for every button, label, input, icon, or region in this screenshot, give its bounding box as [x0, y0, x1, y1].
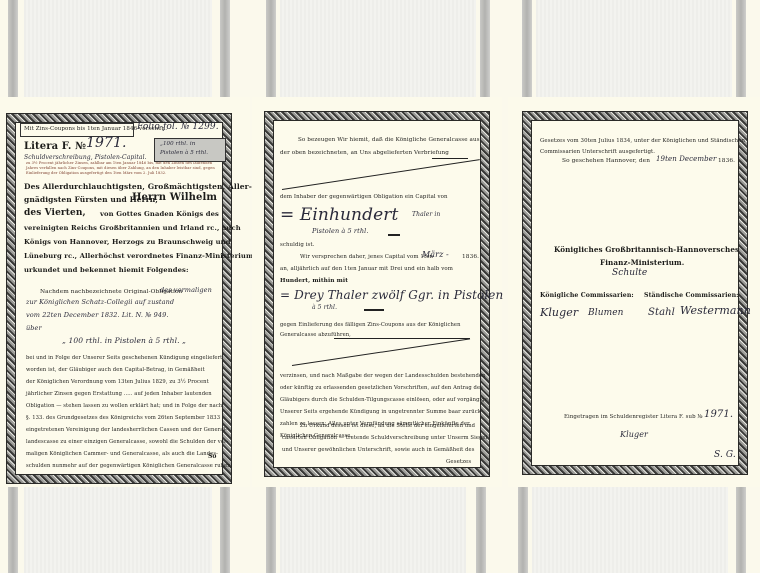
stripe [480, 0, 490, 98]
place-date-hand: 19ten December [656, 155, 716, 163]
coupon-line: gegen Einlieferung des fälligen Zins-Cou… [280, 321, 461, 329]
body-line: jährlicher Zinsen gegen Erstattung .....… [26, 388, 212, 400]
body-amount: „ 100 rthl. in Pistolen à 5 rthl. „ [62, 335, 186, 347]
capital-handwritten: = Einhundert [280, 205, 398, 225]
interest-handwritten: = Drey Thaler zwölf Ggr. in Pistolen [280, 287, 503, 303]
ministry-title: Königliches Großbritannisch-Hannoversche… [554, 244, 739, 256]
body-line: Gläubigers durch die Schulden-Tilgungsca… [280, 396, 490, 404]
fill-line [388, 234, 400, 236]
stripe [8, 0, 18, 98]
body-hand: über [26, 324, 42, 332]
preamble-line: vereinigten Reichs Großbritannien und Ir… [24, 222, 241, 234]
stripe [220, 486, 230, 573]
body-line: worden ist, der Gläubiger auch den Capit… [26, 364, 205, 376]
stripe [476, 486, 486, 573]
fill-line [334, 338, 470, 339]
background-bottom [0, 486, 760, 573]
body-line: schulden nunmehr auf der gegenwärtigen K… [26, 460, 233, 472]
body-line: §. 133. des Grundgesetzes des Königreich… [26, 412, 220, 424]
stripe [536, 0, 732, 98]
law-line: Commissarien Unterschrift ausgefertigt. [540, 148, 655, 156]
text-line: So bezeugen Wir hiemit, daß die Königlic… [298, 136, 480, 144]
stripe [8, 486, 18, 573]
fill-line [432, 158, 468, 159]
folio-handwritten: Folio-fol. № 1299. [137, 121, 219, 133]
place-date-prefix: So geschehen Hannover, den [562, 157, 650, 165]
stripe [280, 486, 466, 573]
preamble-line: urkundet und bekennet hiemit Folgendes: [24, 264, 189, 276]
body-line: der Königlichen Verordnung vom 13ten Jul… [26, 376, 209, 388]
stripe [24, 0, 212, 98]
body-line: landescasse zu einer einzigen Generalcas… [26, 436, 228, 448]
text-line: der oben bezeichneten, an Uns abgeliefer… [280, 149, 449, 157]
royal-signature: Kluger [540, 307, 578, 319]
stripe [280, 0, 476, 98]
promise-line: an, alljährlich auf den 1ten Januar mit … [280, 265, 453, 273]
body-line: maligen Königlichen Cammer- und Generalc… [26, 448, 218, 460]
stripe [266, 486, 276, 573]
document-page-right: Gesetzes vom 30ten Julius 1834, unter de… [508, 97, 760, 487]
body-line: eingetretenen Vereinigung der landesherr… [26, 424, 227, 436]
stamp-amount: „100 rthl. in [160, 140, 195, 148]
estates-signature: Stahl [648, 307, 675, 319]
stripe [518, 486, 528, 573]
stamp-currency: Pistolen à 5 rthl. [160, 149, 208, 157]
estates-commissioners-label: Ständische Commissarien: [644, 292, 739, 300]
register-number: 1971. [704, 409, 733, 421]
body-line: Obligation — stehen lassen zu wollen erk… [26, 400, 222, 412]
document-page-left: Mit Zins-Coupons bis 1ten Januar 1846 ve… [0, 97, 250, 487]
preamble-line: Königs von Hannover, Herzogs zu Braunsch… [24, 236, 231, 248]
promise-line: Wir versprechen daher, jenes Capital vom… [300, 253, 433, 261]
capital-hand-2: Pistolen à 5 rthl. [312, 227, 369, 235]
closing-line: und Unserer gewöhnlichen Unterschrift, s… [282, 446, 474, 454]
stripe [266, 0, 276, 98]
ministry-signature: Schulte [612, 267, 647, 279]
body-line: bei und in Folge der Unserer Seits gesch… [26, 352, 222, 364]
preamble-king-name: Herrn Wilhelm [132, 192, 217, 204]
stripe [736, 0, 746, 98]
stripe [522, 0, 532, 98]
fine-print: zu 3½ Procent jährlicher Zinsen, zahlbar… [26, 161, 222, 176]
law-line: Gesetzes vom 30ten Julius 1834, unter de… [540, 137, 745, 145]
promise-date-hand: März - [422, 249, 449, 261]
stripe [532, 486, 728, 573]
body-line: verzinsen, und nach Maßgabe der wegen de… [280, 372, 486, 380]
catchword: Gesetzes [446, 458, 471, 466]
fill-line [364, 309, 384, 311]
bond-number: 1971. [86, 137, 127, 149]
catchword: So [208, 453, 217, 461]
royal-signature: Blumen [588, 307, 624, 319]
preamble-king-title: des Vierten, [24, 207, 86, 219]
register-line: Eingetragen im Schuldenregister Litera F… [564, 413, 703, 421]
promise-year: 1836. [462, 253, 479, 261]
to-bearer: dem Inhaber der gegenwärtigen Obligation… [280, 193, 448, 201]
register-signature: Kluger [620, 429, 648, 441]
body-hand: des vormaligen [160, 286, 212, 294]
body-line: Unserer Seits ergehende Kündigung in ung… [280, 408, 483, 416]
closing-line: cassirten Obligation — tretende Schuldve… [282, 434, 487, 442]
body-hand: zur Königlichen Schatz-Collegii auf zust… [26, 298, 174, 306]
place-date-year: 1836. [718, 157, 735, 165]
background-top [0, 0, 760, 98]
interest-hand-2: à 5 rthl. [312, 304, 337, 312]
body-hand: vom 22ten December 1832. Lit. N. № 949. [26, 311, 169, 319]
capital-hand-suffix: Thaler in [412, 211, 440, 219]
corner-mark: S. G. [714, 449, 736, 461]
estates-signature: Westermann [680, 305, 751, 317]
owed: schuldig ist. [280, 241, 314, 249]
royal-commissioners-label: Königliche Commissarien: [540, 292, 634, 300]
litera-label: Litera F. № [24, 141, 86, 153]
closing-line: Zu Urkund dessen ist diese, an die Stell… [300, 422, 475, 430]
preamble-line: Lüneburg rc., Allerhöchst verordnetes Fi… [24, 250, 253, 262]
stripe [736, 486, 746, 573]
promise-line: Hundert, mithin mit [280, 277, 348, 285]
stripe [24, 486, 212, 573]
stripe [220, 0, 230, 98]
preamble-line: von Gottes Gnaden Königs des [100, 208, 219, 220]
body-line: oder künftig zu erlassenden gesetzlichen… [280, 384, 483, 392]
